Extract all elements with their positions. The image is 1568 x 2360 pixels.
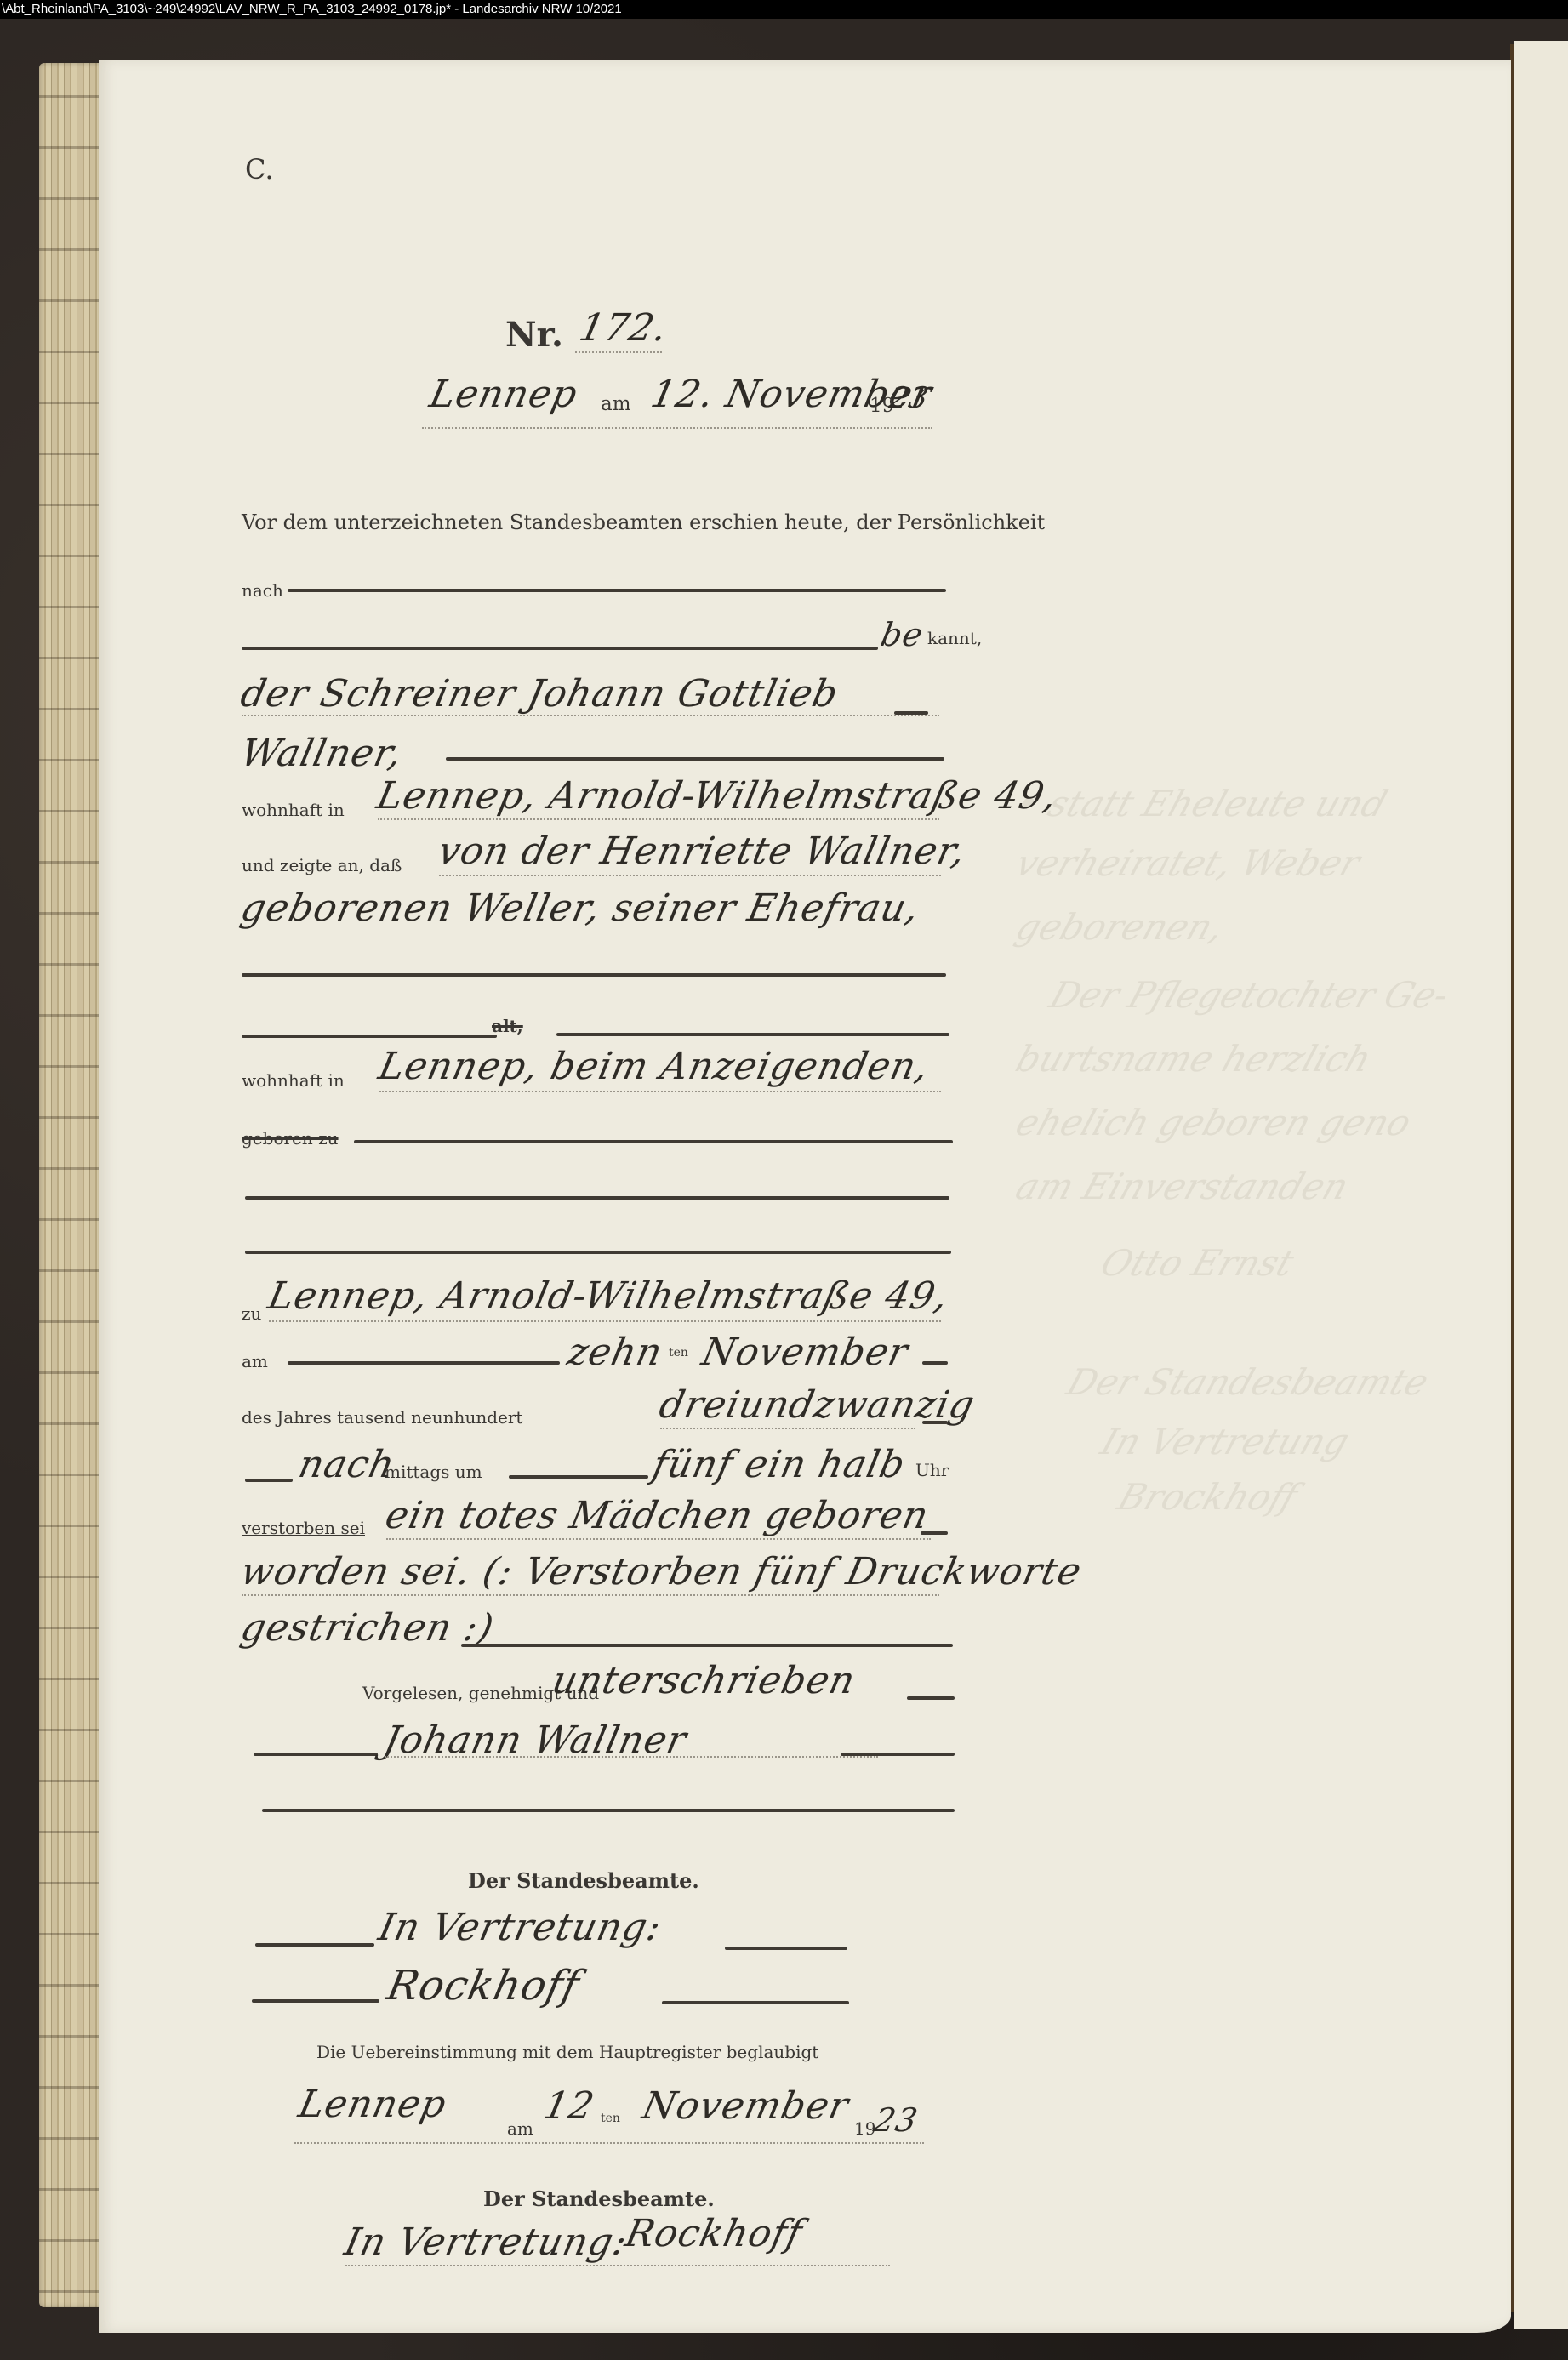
dotted-line — [269, 1320, 941, 1322]
zu-label: zu — [242, 1303, 261, 1324]
blank-rule — [245, 1251, 951, 1254]
cert-day-suffix: ten — [601, 2112, 620, 2125]
blank-rule — [242, 1035, 497, 1038]
register-page: • statt Eheleute und verheiratet, Weber … — [99, 60, 1511, 2333]
bleed-line: Der Pflegetochter Ge- — [1045, 974, 1454, 1016]
bleed-line: Brockhoff — [1113, 1476, 1303, 1518]
bekannt-printed: kannt, — [927, 628, 982, 648]
blank-rule — [841, 1753, 955, 1756]
event-time-prefix: nach — [295, 1443, 399, 1486]
blank-rule — [242, 973, 946, 977]
blank-rule — [725, 1947, 847, 1950]
jahres-label: des Jahres tausend neunhundert — [242, 1407, 522, 1428]
intro-text: Vor dem unterzeichneten Standesbeamten e… — [242, 510, 1045, 534]
dotted-line — [379, 1091, 941, 1092]
blank-rule — [252, 1999, 379, 2003]
wohnhaft-label: wohnhaft in — [242, 800, 345, 820]
window-title: \Abt_Rheinland\PA_3103\~249\24992\LAV_NR… — [2, 2, 622, 16]
official-vertretung: In Vertretung: — [375, 1906, 665, 1949]
cert-signature: Rockhoff — [622, 2212, 807, 2255]
cert-month: November — [639, 2084, 853, 2128]
blank-rule — [662, 2001, 849, 2004]
blank-rule — [509, 1475, 648, 1479]
blank-rule — [262, 1809, 955, 1812]
certification-text: Die Uebereinstimmung mit dem Hauptregist… — [316, 2042, 818, 2062]
dotted-line — [386, 1538, 931, 1540]
bleed-line: Der Standesbeamte — [1062, 1361, 1434, 1403]
event-time: fünf ein halb — [649, 1443, 909, 1486]
blank-rule — [556, 1033, 949, 1036]
official-title: Der Standesbeamte. — [468, 1868, 699, 1893]
verstorben-label-struck: verstorben sei — [242, 1518, 365, 1538]
filler-dash — [894, 711, 928, 715]
dotted-line — [378, 818, 939, 820]
event-day-suffix: ten — [669, 1346, 688, 1360]
dotted-line — [345, 2265, 890, 2266]
number-label: Nr. — [505, 315, 563, 355]
official-signature: Rockhoff — [383, 1962, 584, 2009]
event-place: Lennep, Arnold-Wilhelmstraße 49, — [265, 1274, 953, 1318]
dotted-line — [439, 875, 941, 876]
bleed-line: ehelich geboren geno — [1011, 1102, 1417, 1143]
event-description-line-2: worden sei. (: Verstorben fünf Druckwort… — [237, 1550, 1086, 1593]
blank-rule — [255, 1943, 374, 1947]
blank-rule — [254, 1753, 378, 1756]
header-year-hand: 23 — [887, 381, 932, 415]
header-dotted-line — [422, 427, 932, 429]
am-label: am — [242, 1351, 268, 1371]
window-title-bar: \Abt_Rheinland\PA_3103\~249\24992\LAV_NR… — [0, 0, 1568, 19]
nach-label: nach — [242, 580, 283, 601]
cert-place: Lennep — [295, 2083, 451, 2126]
dotted-line — [294, 2142, 924, 2144]
filler-dash — [921, 1531, 948, 1535]
mother-line-2: geborenen Weller, seiner Ehefrau, — [237, 886, 924, 930]
bleed-line: In Vertretung — [1096, 1421, 1354, 1462]
number-dotted-line — [575, 351, 662, 353]
mother-residence: Lennep, beim Anzeigenden, — [375, 1045, 933, 1088]
filler-dash — [907, 1696, 955, 1700]
dotted-line — [385, 1756, 878, 1758]
vorgelesen-hand: unterschrieben — [549, 1659, 860, 1702]
zeigte-an-label: und zeigte an, daß — [242, 855, 402, 875]
book-page-edges — [39, 63, 100, 2307]
bekannt-hand-prefix: be — [877, 616, 927, 653]
bleed-line: burtsname herzlich — [1011, 1038, 1377, 1080]
blank-rule — [288, 589, 946, 592]
bleed-line: am Einverstanden — [1011, 1166, 1354, 1207]
event-day: zehn — [564, 1331, 667, 1374]
informant-line-2: Wallner, — [237, 732, 407, 775]
geboren-zu-label-struck: geboren zu — [242, 1128, 339, 1149]
cert-official-title: Der Standesbeamte. — [483, 2186, 715, 2211]
cert-day: 12 — [540, 2084, 599, 2128]
mother-line-1: von der Henriette Wallner, — [435, 829, 970, 873]
blank-rule — [242, 647, 878, 650]
cert-am-label: am — [507, 2118, 533, 2139]
dotted-line — [242, 1594, 939, 1596]
bleed-line: verheiratet, Weber — [1011, 842, 1366, 884]
filler-dash — [922, 1421, 948, 1424]
alt-label-struck: alt, — [492, 1016, 523, 1036]
event-description-line-3: gestrichen :) — [237, 1606, 499, 1650]
mittags-label: mittags um — [385, 1462, 482, 1482]
header-place: Lennep — [426, 373, 582, 416]
informant-line-1: der Schreiner Johann Gottlieb — [237, 672, 842, 715]
bleed-line: Otto Ernst — [1096, 1242, 1299, 1284]
facing-page — [1514, 41, 1568, 2329]
bleed-line: geborenen, — [1011, 906, 1229, 948]
blank-rule — [354, 1140, 953, 1143]
filler-dash — [922, 1361, 948, 1365]
cert-year-hand: 23 — [870, 2101, 921, 2139]
header-am-label: am — [601, 393, 631, 415]
blank-rule — [446, 757, 944, 761]
blank-rule — [288, 1361, 560, 1365]
event-month: November — [698, 1331, 913, 1374]
blank-rule — [245, 1196, 949, 1200]
blank-rule — [461, 1644, 953, 1647]
dotted-line — [660, 1428, 915, 1429]
filler-dash — [245, 1479, 293, 1482]
bleed-line: • statt Eheleute und — [1011, 783, 1393, 824]
informant-residence: Lennep, Arnold-Wilhelmstraße 49, — [373, 774, 1062, 818]
wohnhaft-label-2: wohnhaft in — [242, 1070, 345, 1091]
section-letter: C. — [245, 153, 274, 185]
event-description-line-1: ein totes Mädchen geboren — [382, 1494, 933, 1537]
uhr-label: Uhr — [915, 1460, 949, 1480]
record-number: 172. — [576, 306, 672, 350]
dotted-line — [242, 715, 939, 716]
cert-vertretung: In Vertretung: — [341, 2220, 631, 2264]
